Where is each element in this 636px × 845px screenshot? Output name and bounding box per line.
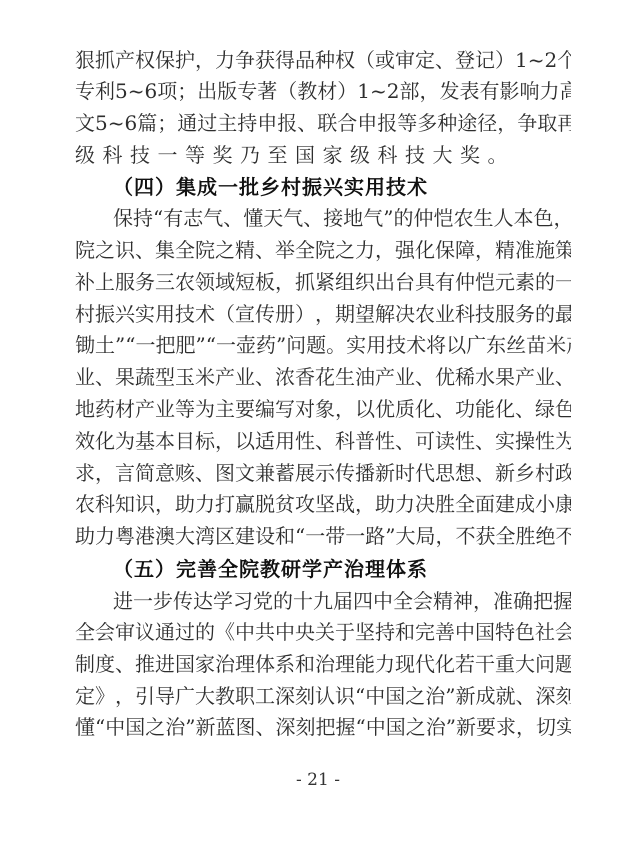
paragraph-line: 院之识、集全院之精、举全院之力，强化保障，精准施策，加快	[75, 236, 571, 264]
section-heading-4: （四）集成一批乡村振兴实用技术	[113, 173, 428, 201]
paragraph-line: 狠抓产权保护，力争获得品种权（或审定、登记）1~2个，国家	[75, 46, 571, 74]
paragraph-line: 制度、推进国家治理体系和治理能力现代化若干重大问题的决	[75, 650, 571, 678]
paragraph-line: 专利5~6项；出版专著（教材）1~2部，发表有影响力高质量论	[75, 77, 571, 105]
paragraph-line: 级科技一等奖乃至国家级科技大奖。	[75, 141, 571, 169]
paragraph-line: 全会审议通过的《中共中央关于坚持和完善中国特色社会主义	[75, 618, 571, 646]
paragraph-line: 保持“有志气、懂天气、接地气”的仲恺农生人本色，聚全	[113, 204, 571, 232]
section-heading-5: （五）完善全院教研学产治理体系	[113, 555, 428, 583]
document-page: 狠抓产权保护，力争获得品种权（或审定、登记）1~2个，国家 专利5~6项；出版专…	[0, 0, 636, 845]
paragraph-line: 懂“中国之治”新蓝图、深刻把握“中国之治”新要求，切实	[75, 713, 571, 741]
paragraph-line: 求，言简意赅、图文兼蓄展示传播新时代思想、新乡村政策和新	[75, 459, 571, 487]
paragraph-line: 助力粤港澳大湾区建设和“一带一路”大局，不获全胜绝不收兵。	[75, 522, 571, 550]
paragraph-line: 文5~6篇；通过主持申报、联合申报等多种途径，争取再获省部	[75, 109, 571, 137]
paragraph-line: 定》，引导广大教职工深刻认识“中国之治”新成就、深刻读	[75, 682, 571, 710]
paragraph-line: 补上服务三农领域短板，抓紧组织出台具有仲恺元素的一系列乡	[75, 268, 571, 296]
paragraph-line: 地药材产业等为主要编写对象，以优质化、功能化、绿色化、高	[75, 395, 571, 423]
page-number: - 21 -	[0, 770, 636, 790]
paragraph-line: 农科知识，助力打赢脱贫攻坚战，助力决胜全面建成小康社会，	[75, 490, 571, 518]
paragraph-line: 效化为基本目标，以适用性、科普性、可读性、实操性为基本要	[75, 427, 571, 455]
paragraph-line: 业、果蔬型玉米产业、浓香花生油产业、优稀水果产业、岭南道	[75, 363, 571, 391]
paragraph-line: 锄土”“一把肥”“一壶药”问题。实用技术将以广东丝苗米产	[75, 331, 571, 359]
paragraph-line: 进一步传达学习党的十九届四中全会精神，准确把握领会	[113, 587, 571, 615]
paragraph-line: 村振兴实用技术（宣传册），期望解决农业科技服务的最后“一	[75, 300, 571, 328]
